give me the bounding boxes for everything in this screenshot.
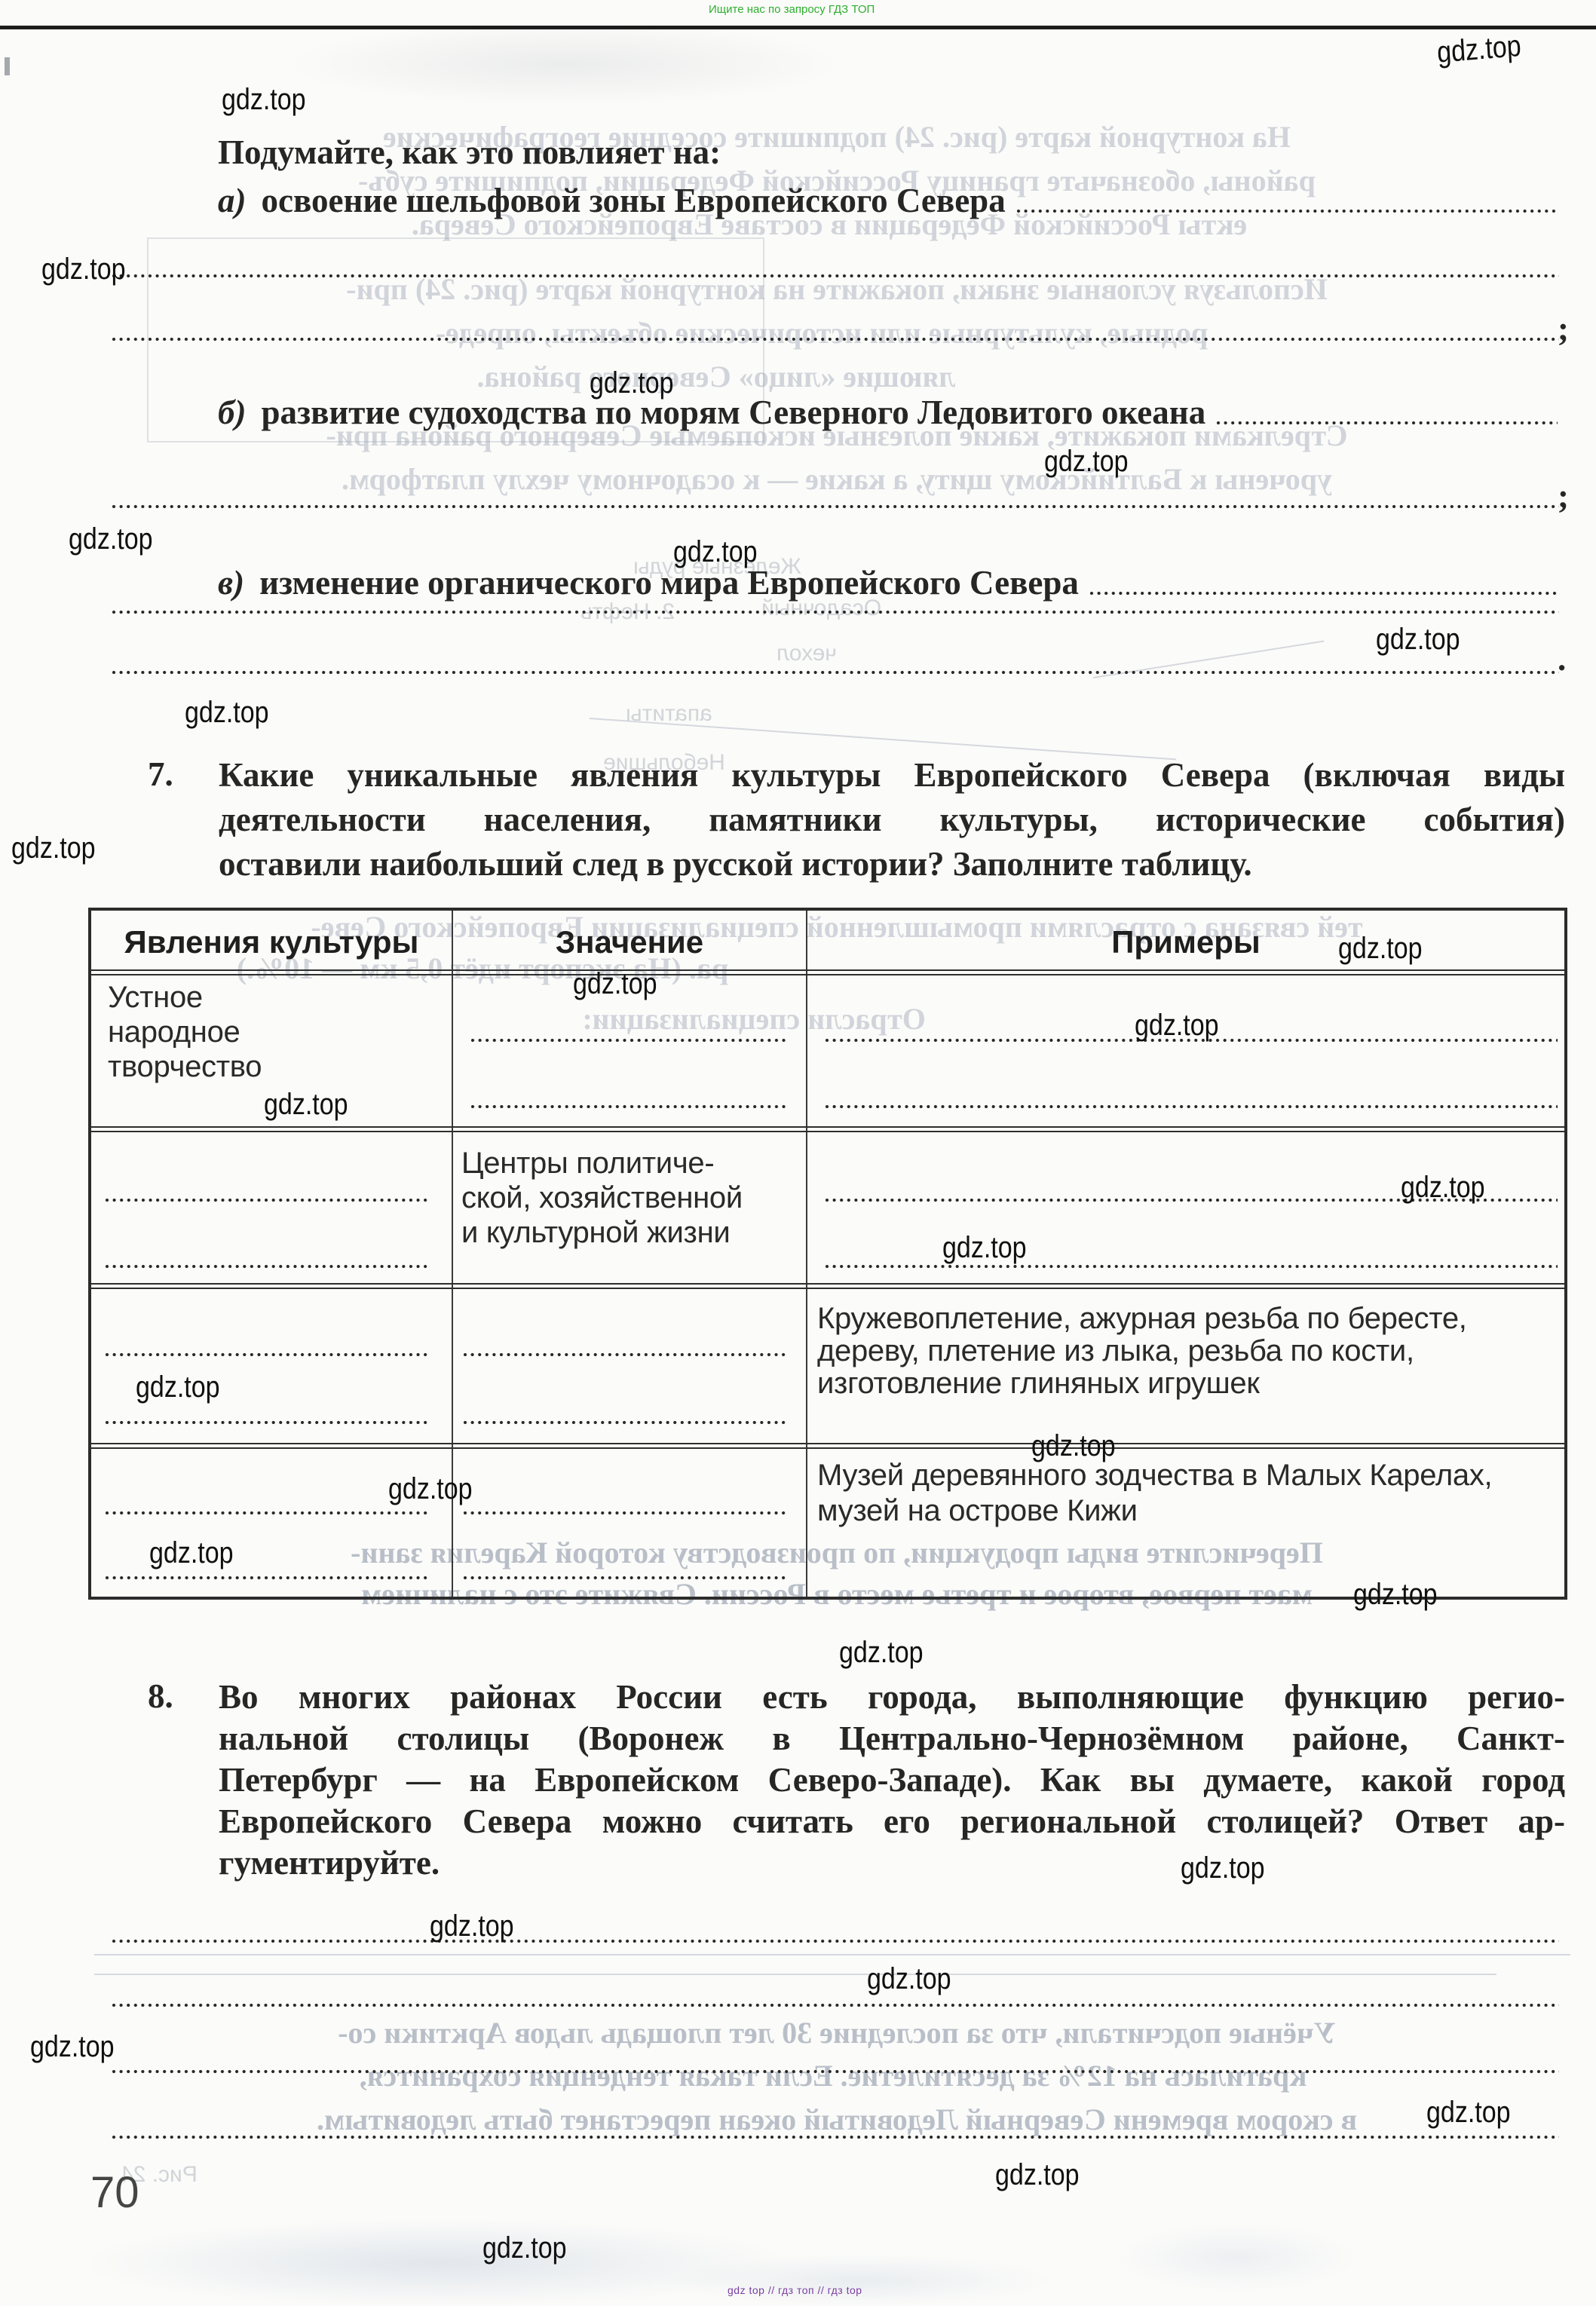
watermark-gdz: gdz.top [590, 368, 674, 398]
dotted-fill [1216, 421, 1558, 425]
cell-dotted-line [105, 1420, 429, 1425]
watermark-gdz: gdz.top [69, 524, 153, 554]
bleed-through-text: в скором времени Северный Ледовитый океа… [106, 2103, 1568, 2136]
watermark-gdz: gdz.top [185, 697, 269, 727]
bleed-through-text: урочены к Балтийскому щиту, а какие — к … [106, 463, 1568, 496]
watermark-gdz: gdz.top [1044, 446, 1129, 476]
item-text: развитие судоходства по морям Северного … [261, 393, 1205, 432]
cell-line: Устное [108, 980, 262, 1015]
culture-table: Явления культуры Значение Примеры Устное… [88, 908, 1567, 1600]
cell-line: и культурной жизни [461, 1215, 743, 1250]
promo-note: Ищите нас по запросу ГДЗ ТОП [709, 3, 875, 16]
watermark-gdz: gdz.top [1031, 1431, 1116, 1461]
answer-dotted-line [112, 504, 1559, 509]
question-7-line: оставили наибольший след в русской истор… [219, 844, 1565, 884]
watermark-gdz: gdz.top [264, 1089, 348, 1119]
think-item-a: а) освоение шельфовой зоны Европейского … [218, 181, 1559, 220]
bleed-through-text: Учёные подсчитали, что за последние 30 л… [106, 2017, 1568, 2050]
watermark-gdz: gdz.top [136, 1372, 220, 1402]
table-cell-examples: Кружевоплетение, ажурная резьба по берес… [817, 1303, 1467, 1400]
watermark-gdz: gdz.top [867, 1964, 951, 1994]
think-lead: Подумайте, как это повлияет на: [218, 133, 721, 172]
question-8-number: 8. [148, 1677, 173, 1716]
watermark-gdz: gdz.top [388, 1474, 473, 1504]
watermark-gdz: gdz.top [430, 1911, 514, 1941]
watermark-gdz: gdz.top [11, 833, 96, 863]
cell-dotted-line [825, 1264, 1558, 1269]
page-top-rule [0, 26, 1596, 29]
watermark-gdz: gdz.top [1353, 1579, 1438, 1609]
cell-dotted-line [463, 1511, 787, 1515]
dotted-fill [1016, 209, 1558, 213]
watermark-gdz: gdz.top [222, 84, 306, 115]
watermark-gdz: gdz.top [41, 254, 126, 284]
table-row-divider [91, 969, 1564, 975]
bleed-through-text: чехол [777, 641, 837, 666]
item-text: изменение органического мира Европейског… [259, 563, 1079, 602]
answer-dotted-line [112, 2069, 1559, 2074]
answer-dotted-line [112, 2003, 1559, 2007]
cell-dotted-line [463, 1420, 787, 1425]
watermark-gdz: gdz.top [1426, 2097, 1511, 2127]
question-8-line: гументируйте. [219, 1842, 1565, 1883]
answer-dotted-line [112, 337, 1559, 341]
watermark-gdz: gdz.top [1401, 1172, 1485, 1202]
watermark-gdz: gdz.top [1181, 1853, 1265, 1883]
cell-line: Центры политиче- [461, 1146, 743, 1181]
cell-dotted-line [825, 1104, 1558, 1109]
question-8-line: Европейского Севера можно считать его ре… [219, 1801, 1565, 1842]
table-header-meaning: Значение [453, 924, 806, 960]
scan-edge-artifact [5, 57, 10, 75]
watermark-gdz: gdz.top [942, 1233, 1027, 1263]
table-row-divider [91, 1283, 1564, 1289]
answer-dotted-line [112, 1939, 1559, 1943]
cell-dotted-line [463, 1352, 787, 1357]
watermark-gdz: gdz.top [1338, 933, 1423, 963]
watermark-gdz: gdz.top [1376, 624, 1460, 654]
question-8-line: Петербург — на Европейском Северо-Западе… [219, 1759, 1565, 1800]
watermark-gdz: gdz.top [30, 2032, 115, 2062]
bleed-through-text: кратилась на 12% за десятилетие. Если та… [128, 2059, 1538, 2093]
line-semicolon: ; [1558, 312, 1569, 346]
cell-line: дереву, плетение из лыка, резьба по кост… [817, 1335, 1467, 1367]
table-column-divider [806, 911, 807, 1597]
watermark-gdz: gdz.top [1436, 31, 1522, 68]
item-text: освоение шельфовой зоны Европейского Сев… [262, 181, 1006, 220]
cell-dotted-line [105, 1198, 429, 1202]
line-period: . [1558, 642, 1566, 676]
think-item-b: б) развитие судоходства по морям Северно… [218, 393, 1559, 432]
table-header-culture: Явления культуры [91, 924, 452, 960]
question-7-line: Какие уникальные явления культуры Европе… [219, 755, 1565, 795]
bleed-arrow [590, 718, 1176, 760]
answer-dotted-line [112, 2135, 1559, 2139]
cell-dotted-line [105, 1511, 429, 1515]
workbook-page: { "page": { "green_note": "Ищите нас по … [0, 0, 1596, 2306]
cell-dotted-line [470, 1038, 787, 1043]
cell-line: изготовление глиняных игрушек [817, 1367, 1467, 1400]
watermark-gdz: gdz.top [995, 2160, 1080, 2190]
table-row-divider [91, 1126, 1564, 1132]
cell-dotted-line [105, 1264, 429, 1269]
item-letter: а) [218, 181, 247, 220]
watermark-gdz: gdz.top [1135, 1010, 1219, 1040]
item-letter: в) [218, 563, 244, 602]
watermark-gdz: gdz.top [149, 1538, 234, 1568]
question-8-line: Во многих районах России есть города, вы… [219, 1677, 1565, 1717]
cell-line: Музей деревянного зодчества в Малых Каре… [817, 1458, 1492, 1493]
line-semicolon: ; [1558, 479, 1569, 513]
table-row-divider [91, 1443, 1564, 1449]
question-7-number: 7. [148, 755, 173, 794]
page-number: 70 [90, 2171, 139, 2215]
table-cell-examples: Музей деревянного зодчества в Малых Каре… [817, 1458, 1492, 1529]
answer-dotted-line [112, 670, 1559, 675]
question-8-line: нальной столицы (Воронеж в Центрально-Че… [219, 1718, 1565, 1759]
table-cell-meaning: Центры политиче- ской, хозяйственной и к… [461, 1146, 743, 1250]
scan-smudge [90, 2220, 784, 2306]
cell-dotted-line [470, 1104, 787, 1109]
scan-smudge [663, 2254, 1055, 2306]
cell-line: Кружевоплетение, ажурная резьба по берес… [817, 1303, 1467, 1335]
table-header-examples: Примеры [807, 924, 1564, 960]
answer-dotted-line [112, 274, 1559, 278]
bleed-rule [94, 1974, 1496, 1975]
cell-dotted-line [105, 1576, 429, 1580]
dotted-fill [1089, 591, 1558, 596]
watermark-gdz: gdz.top [839, 1637, 924, 1667]
scan-smudge [1116, 2224, 1357, 2292]
question-7-line: деятельности населения, памятники культу… [219, 799, 1565, 840]
think-item-v: в) изменение органического мира Европейс… [218, 563, 1559, 602]
item-letter: б) [218, 393, 246, 432]
watermark-gdz: gdz.top [673, 537, 758, 567]
footer-branding: gdz top // гдз топ // гдз top [728, 2284, 862, 2296]
cell-dotted-line [105, 1352, 429, 1357]
cell-dotted-line [463, 1576, 787, 1580]
answer-dotted-line [112, 610, 1559, 614]
scan-smudge [286, 23, 844, 106]
watermark-gdz: gdz.top [573, 969, 657, 999]
cell-line: музей на острове Кижи [817, 1493, 1492, 1529]
cell-line: ской, хозяйственной [461, 1181, 743, 1215]
cell-line: творчество [108, 1049, 262, 1084]
cell-line: народное [108, 1015, 262, 1049]
table-cell-culture: Устное народное творчество [108, 980, 262, 1084]
watermark-gdz: gdz.top [482, 2233, 567, 2263]
bleed-rule [94, 1954, 1570, 1955]
